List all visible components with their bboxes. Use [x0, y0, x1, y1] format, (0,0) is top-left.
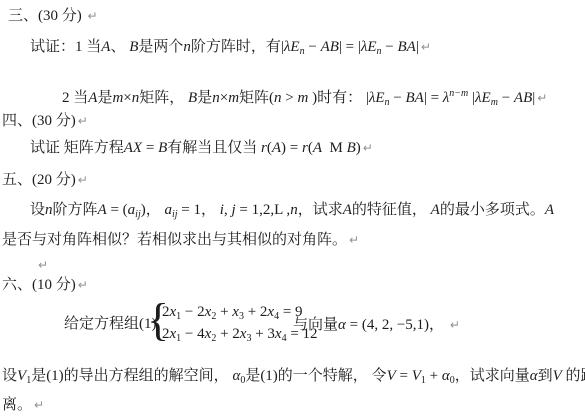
q6-heading: 六、(10 分)	[2, 277, 76, 293]
q4-body-line: 试证 矩阵方程AX = B有解当且仅当 r(A) = r(A M B)↵	[30, 137, 373, 159]
paragraph-mark: ↵	[347, 233, 359, 247]
q6-intro: 给定方程组(1)	[64, 312, 157, 333]
paragraph-mark: ↵	[32, 398, 44, 412]
paragraph-mark: ↵	[361, 141, 373, 155]
q3-part2-text: 2 当A是m×n矩阵， B是n×m矩阵(n > m )时有： |λEn − BA…	[62, 90, 535, 106]
q3-heading: 三、(30 分)	[8, 8, 86, 24]
empty-paragraph-line: ↵	[36, 254, 48, 276]
paragraph-mark: ↵	[76, 114, 88, 128]
q6-vector-line: 与向量α = (4, 2, −5,1)， ↵	[293, 314, 460, 336]
q3-part1-text: 试证：1 当A、 B是两个n阶方阵时，有|λEn − AB| = |λEn − …	[30, 39, 419, 55]
q6-body-text2: 离。	[2, 397, 32, 413]
q5-body-line2: 是否与对角阵相似？若相似求出与其相似的对角阵。↵	[2, 229, 359, 251]
paragraph-mark: ↵	[36, 258, 48, 272]
q6-vector-text: 与向量α = (4, 2, −5,1)，	[293, 317, 448, 333]
paragraph-mark: ↵	[86, 9, 98, 23]
q3-heading-line: 三、(30 分) ↵	[8, 5, 98, 27]
paragraph-mark: ↵	[76, 173, 88, 187]
paragraph-mark: ↵	[419, 40, 431, 54]
q6-body-text1: 设V1是(1)的导出方程组的解空间， α0是(1)的一个特解， 令V = V1 …	[2, 368, 585, 384]
q5-heading-line: 五、(20 分)↵	[2, 169, 88, 191]
q4-body-text: 试证 矩阵方程AX = B有解当且仅当 r(A) = r(A M B)	[30, 140, 361, 156]
q6-body-line2: 离。↵	[2, 394, 44, 416]
q4-heading-line: 四、(30 分)↵	[2, 110, 88, 132]
q5-body-line1: 设n阶方阵A = (aij)， aij = 1， i, j = 1,2,L ,n…	[30, 199, 554, 226]
q3-part2-line: 2 当A是m×n矩阵， B是n×m矩阵(n > m )时有： |λEn − BA…	[62, 83, 547, 114]
q3-part1-line: 试证：1 当A、 B是两个n阶方阵时，有|λEn − AB| = |λEn − …	[30, 36, 431, 63]
q5-heading: 五、(20 分)	[2, 172, 76, 188]
q5-body-text2: 是否与对角阵相似？若相似求出与其相似的对角阵。	[2, 232, 347, 248]
q5-body-text1: 设n阶方阵A = (aij)， aij = 1， i, j = 1,2,L ,n…	[30, 202, 554, 218]
paragraph-mark: ↵	[448, 318, 460, 332]
paragraph-mark: ↵	[76, 278, 88, 292]
q6-body-line1: 设V1是(1)的导出方程组的解空间， α0是(1)的一个特解， 令V = V1 …	[2, 365, 585, 392]
paragraph-mark: ↵	[535, 91, 547, 105]
exam-document-page: 三、(30 分) ↵ 试证：1 当A、 B是两个n阶方阵时，有|λEn − AB…	[0, 0, 585, 419]
q6-heading-line: 六、(10 分)↵	[2, 274, 88, 296]
q4-heading: 四、(30 分)	[2, 113, 76, 129]
